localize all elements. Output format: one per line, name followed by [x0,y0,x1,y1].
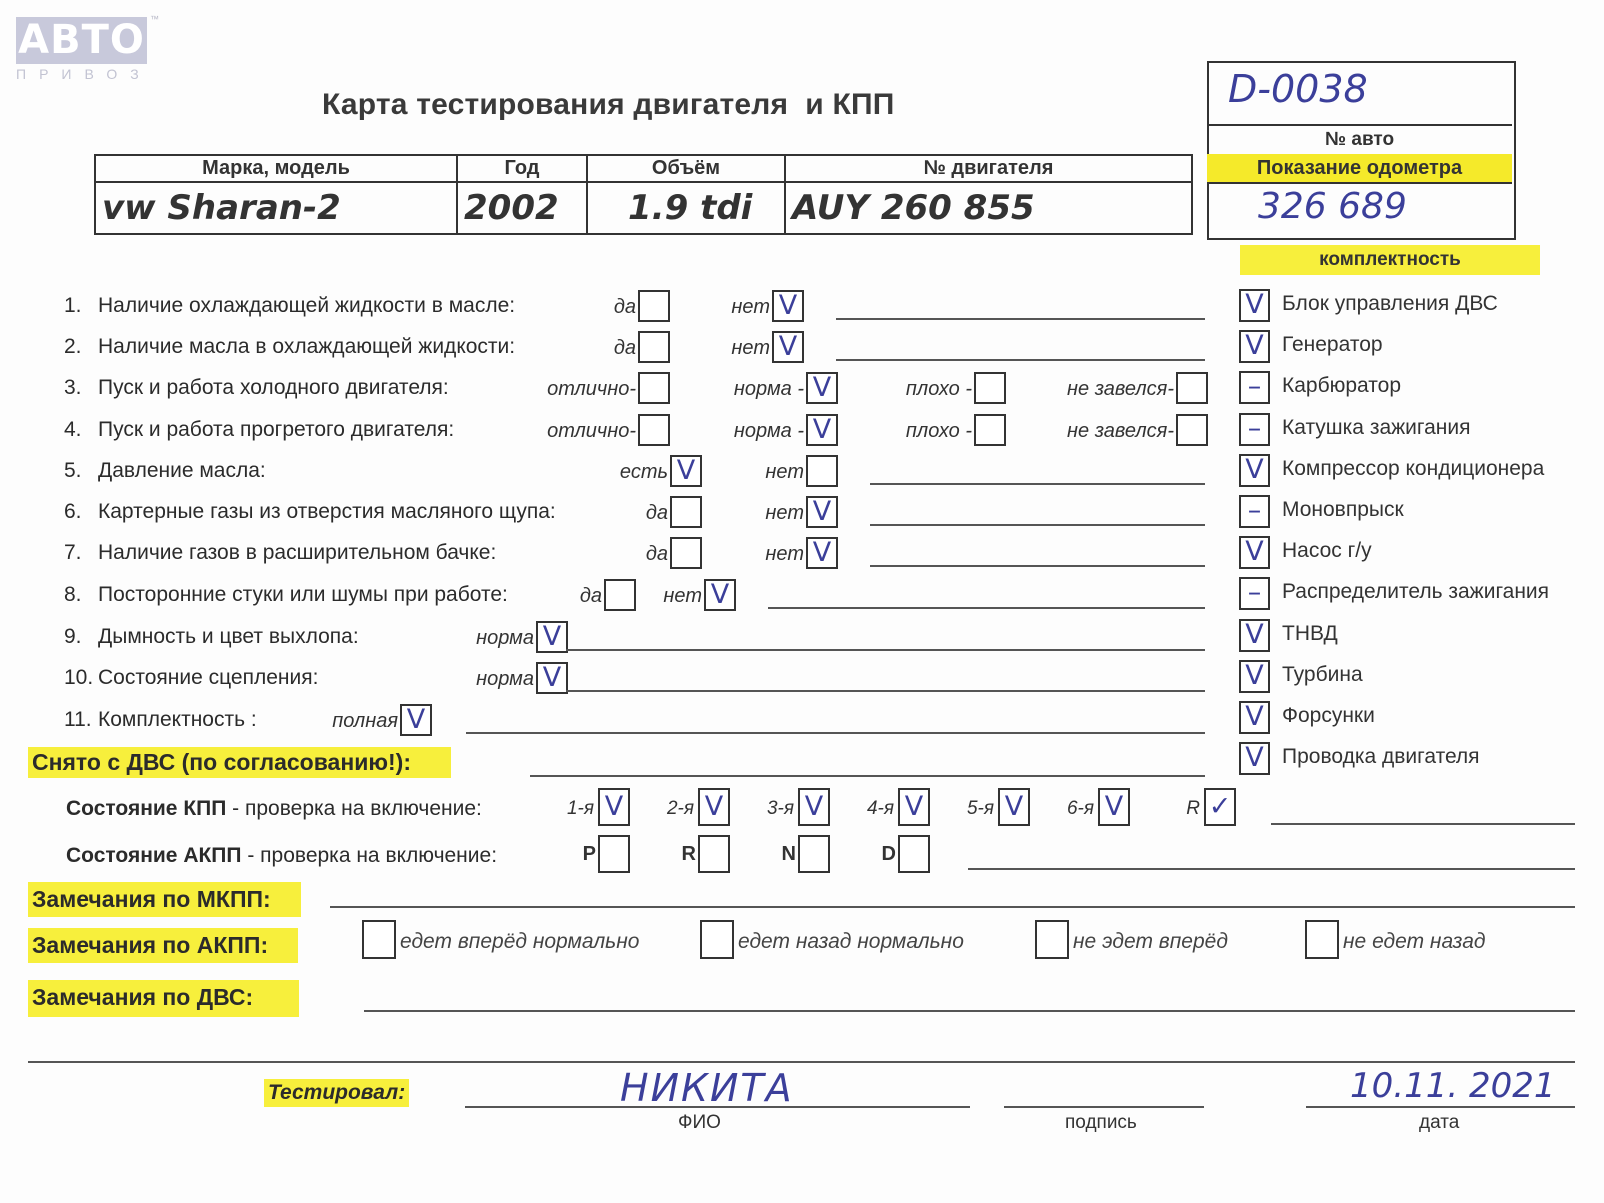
completeness-item-label: Карбюратор [1282,374,1401,398]
akpp-label: Состояние АКПП - проверка на включение: [66,844,497,868]
check-number: 4. [64,418,82,442]
volume-value[interactable]: 1.9 tdi [587,182,785,234]
completeness-item-label: Форсунки [1282,704,1375,728]
option-label: нет [731,296,770,319]
completeness-header: комплектность [1240,245,1540,275]
gear-label: R [1186,798,1200,820]
gear-checkbox[interactable]: V [598,788,630,826]
kpp-label: Состояние КПП - проверка на включение: [66,797,482,821]
check-label: Картерные газы из отверстия масляного щу… [98,500,556,524]
checkbox[interactable]: V [704,579,736,611]
gear-checkbox[interactable]: V [698,788,730,826]
akpp-remark-checkbox[interactable] [1305,920,1339,959]
checkbox[interactable] [638,414,670,446]
auto-number-label: № авто [1207,124,1512,156]
gear-checkbox[interactable]: V [898,788,930,826]
completeness-checkbox[interactable]: – [1239,495,1270,528]
notes-line[interactable] [836,318,1205,320]
signature-caption: подпись [1065,1112,1137,1134]
name-caption: ФИО [678,1112,721,1134]
check-number: 2. [64,335,82,359]
check-label: Состояние сцепления: [98,666,318,690]
completeness-item-label: Генератор [1282,333,1383,357]
checkbox[interactable] [638,331,670,363]
gear-checkbox[interactable]: ✓ [1204,788,1236,826]
akpp-mode-label: D [882,843,896,866]
completeness-checkbox[interactable]: V [1239,536,1270,569]
check-number: 8. [64,583,82,607]
akpp-remark-label: не едет назад [1343,930,1485,954]
akpp-remark-checkbox[interactable] [362,920,396,959]
akpp-mode-checkbox[interactable] [698,835,730,873]
year-value[interactable]: 2002 [457,182,587,234]
header-make-model: Марка, модель [95,155,457,182]
option-label: да [614,296,636,319]
option-label: да [614,337,636,360]
logo-tm: ™ [150,14,159,24]
header-year: Год [457,155,587,182]
engine-number-value[interactable]: AUY 260 855 [785,182,1192,234]
header-engine-number: № двигателя [785,155,1192,182]
option-label: есть [620,461,668,484]
check-number: 1. [64,294,82,318]
gear-label: 4-я [867,798,894,820]
akpp-mode-checkbox[interactable] [798,835,830,873]
date-line[interactable] [1306,1106,1575,1108]
option-label: норма [476,668,534,691]
option-label: норма - [734,378,804,401]
completeness-item-label: Проводка двигателя [1282,745,1480,769]
checkbox[interactable]: V [806,414,838,446]
completeness-item-label: Блок управления ДВС [1282,292,1498,316]
tester-name-value[interactable]: НИКИТА [620,1066,794,1110]
completeness-checkbox[interactable]: V [1239,742,1270,775]
notes-line[interactable] [870,524,1205,526]
auto-number-value[interactable]: D-0038 [1228,67,1368,111]
akpp-remark-label: не эдет вперёд [1073,930,1228,954]
removed-from-engine-label: Снято с ДВС (по согласованию!): [28,747,451,778]
akpp-remark-label: едет вперёд нормально [400,930,639,954]
option-label: плохо - [906,420,972,443]
gear-label: 1-я [567,798,594,820]
tester-name-line[interactable] [465,1106,970,1108]
remarks-dvs-line[interactable] [364,1010,1575,1012]
completeness-checkbox[interactable]: V [1239,289,1270,322]
check-label: Наличие масла в охлаждающей жидкости: [98,335,515,359]
check-label: Посторонние стуки или шумы при работе: [98,583,508,607]
completeness-checkbox[interactable]: – [1239,371,1270,404]
checkbox[interactable]: V [772,331,804,363]
notes-line[interactable] [466,732,1205,734]
check-label: Пуск и работа прогретого двигателя: [98,418,454,442]
checkbox[interactable]: V [806,496,838,528]
option-label: полная [332,710,398,733]
kpp-notes-line[interactable] [1271,823,1575,825]
removed-from-engine-line[interactable] [530,775,1205,777]
check-label: Пуск и работа холодного двигателя: [98,376,449,400]
option-label: нет [765,502,804,525]
date-caption: дата [1419,1112,1459,1134]
page-title: Карта тестирования двигателя и КПП [322,88,895,122]
car-table-header-row: Марка, модель Год Объём № двигателя [95,155,1192,182]
check-number: 6. [64,500,82,524]
akpp-mode-label: R [682,843,696,866]
option-label: да [580,585,602,608]
odometer-value[interactable]: 326 689 [1258,186,1407,227]
header-volume: Объём [587,155,785,182]
date-value[interactable]: 10.11. 2021 [1350,1066,1555,1106]
make-model-value[interactable]: vw Sharan-2 [95,182,457,234]
check-number: 3. [64,376,82,400]
check-label: Давление масла: [98,459,266,483]
notes-line[interactable] [870,483,1205,485]
gear-label: 3-я [767,798,794,820]
notes-line[interactable] [566,649,1205,651]
option-label: отлично- [547,378,636,401]
logo: АВТО [16,17,147,64]
akpp-mode-label: P [583,843,596,866]
check-label: Дымность и цвет выхлопа: [98,625,359,649]
option-label: отлично- [547,420,636,443]
notes-line[interactable] [768,607,1205,609]
remarks-dvs-label: Замечания по ДВС: [28,980,299,1017]
option-label: да [646,543,668,566]
checkbox[interactable] [974,414,1006,446]
remarks-dvs-line-2[interactable] [28,1061,1575,1063]
checkbox[interactable] [638,372,670,404]
option-label: не завелся- [1067,378,1174,401]
odometer-label: Показание одометра [1207,154,1512,184]
car-info-table: Марка, модель Год Объём № двигателя vw S… [94,154,1193,235]
checkbox[interactable]: V [670,455,702,487]
notes-line[interactable] [566,690,1205,692]
completeness-checkbox[interactable]: V [1239,660,1270,693]
tested-by-label: Тестировал: [264,1079,409,1107]
check-number: 11. [64,708,92,732]
completeness-checkbox[interactable]: V [1239,619,1270,652]
checkbox[interactable] [604,579,636,611]
completeness-item-label: Компрессор кондиционера [1282,457,1544,481]
gear-checkbox[interactable]: V [998,788,1030,826]
akpp-remark-checkbox[interactable] [1035,920,1069,959]
checkbox[interactable] [638,290,670,322]
checkbox[interactable] [1176,414,1208,446]
option-label: нет [765,543,804,566]
check-label: Комплектность : [98,708,257,732]
option-label: нет [731,337,770,360]
akpp-notes-line[interactable] [968,868,1575,870]
checkbox[interactable] [806,455,838,487]
signature-line[interactable] [1004,1106,1204,1108]
akpp-mode-checkbox[interactable] [898,835,930,873]
completeness-item-label: Насос г/у [1282,539,1372,563]
check-number: 5. [64,459,82,483]
checkbox[interactable] [1176,372,1208,404]
checkbox[interactable]: V [536,621,568,653]
completeness-item-label: Катушка зажигания [1282,416,1470,440]
gear-label: 5-я [967,798,994,820]
option-label: плохо - [906,378,972,401]
option-label: норма [476,627,534,650]
notes-line[interactable] [836,359,1205,361]
checkbox[interactable]: V [400,704,432,736]
completeness-checkbox[interactable]: V [1239,454,1270,487]
completeness-checkbox[interactable]: V [1239,701,1270,734]
checkbox[interactable] [670,537,702,569]
logo-subtitle: ПРИВОЗ [16,66,147,82]
gear-label: 2-я [667,798,694,820]
check-number: 7. [64,541,82,565]
remarks-mkpp-line[interactable] [330,906,1575,908]
completeness-checkbox[interactable]: V [1239,330,1270,363]
option-label: норма - [734,420,804,443]
completeness-checkbox[interactable]: – [1239,577,1270,610]
car-table-value-row: vw Sharan-2 2002 1.9 tdi AUY 260 855 [95,182,1192,234]
completeness-item-label: Моновпрыск [1282,498,1404,522]
checkbox[interactable]: V [536,662,568,694]
option-label: нет [765,461,804,484]
option-label: не завелся- [1067,420,1174,443]
checkbox[interactable] [670,496,702,528]
akpp-mode-checkbox[interactable] [598,835,630,873]
gear-label: 6-я [1067,798,1094,820]
gear-checkbox[interactable]: V [798,788,830,826]
notes-line[interactable] [870,565,1205,567]
completeness-item-label: ТНВД [1282,622,1338,646]
remarks-akpp-label: Замечания по АКПП: [28,928,298,963]
option-label: да [646,502,668,525]
completeness-checkbox[interactable]: – [1239,413,1270,446]
gear-checkbox[interactable]: V [1098,788,1130,826]
completeness-item-label: Распределитель зажигания [1282,580,1549,604]
completeness-item-label: Турбина [1282,663,1363,687]
check-number: 10. [64,666,93,690]
checkbox[interactable]: V [806,537,838,569]
checkbox[interactable]: V [772,290,804,322]
check-number: 9. [64,625,82,649]
check-label: Наличие охлаждающей жидкости в масле: [98,294,515,318]
checkbox[interactable] [974,372,1006,404]
checkbox[interactable]: V [806,372,838,404]
remarks-mkpp-label: Замечания по МКПП: [28,882,301,917]
akpp-remark-label: едет назад нормально [738,930,964,954]
option-label: нет [663,585,702,608]
check-label: Наличие газов в расширительном бачке: [98,541,496,565]
akpp-remark-checkbox[interactable] [700,920,734,959]
akpp-mode-label: N [782,843,796,866]
